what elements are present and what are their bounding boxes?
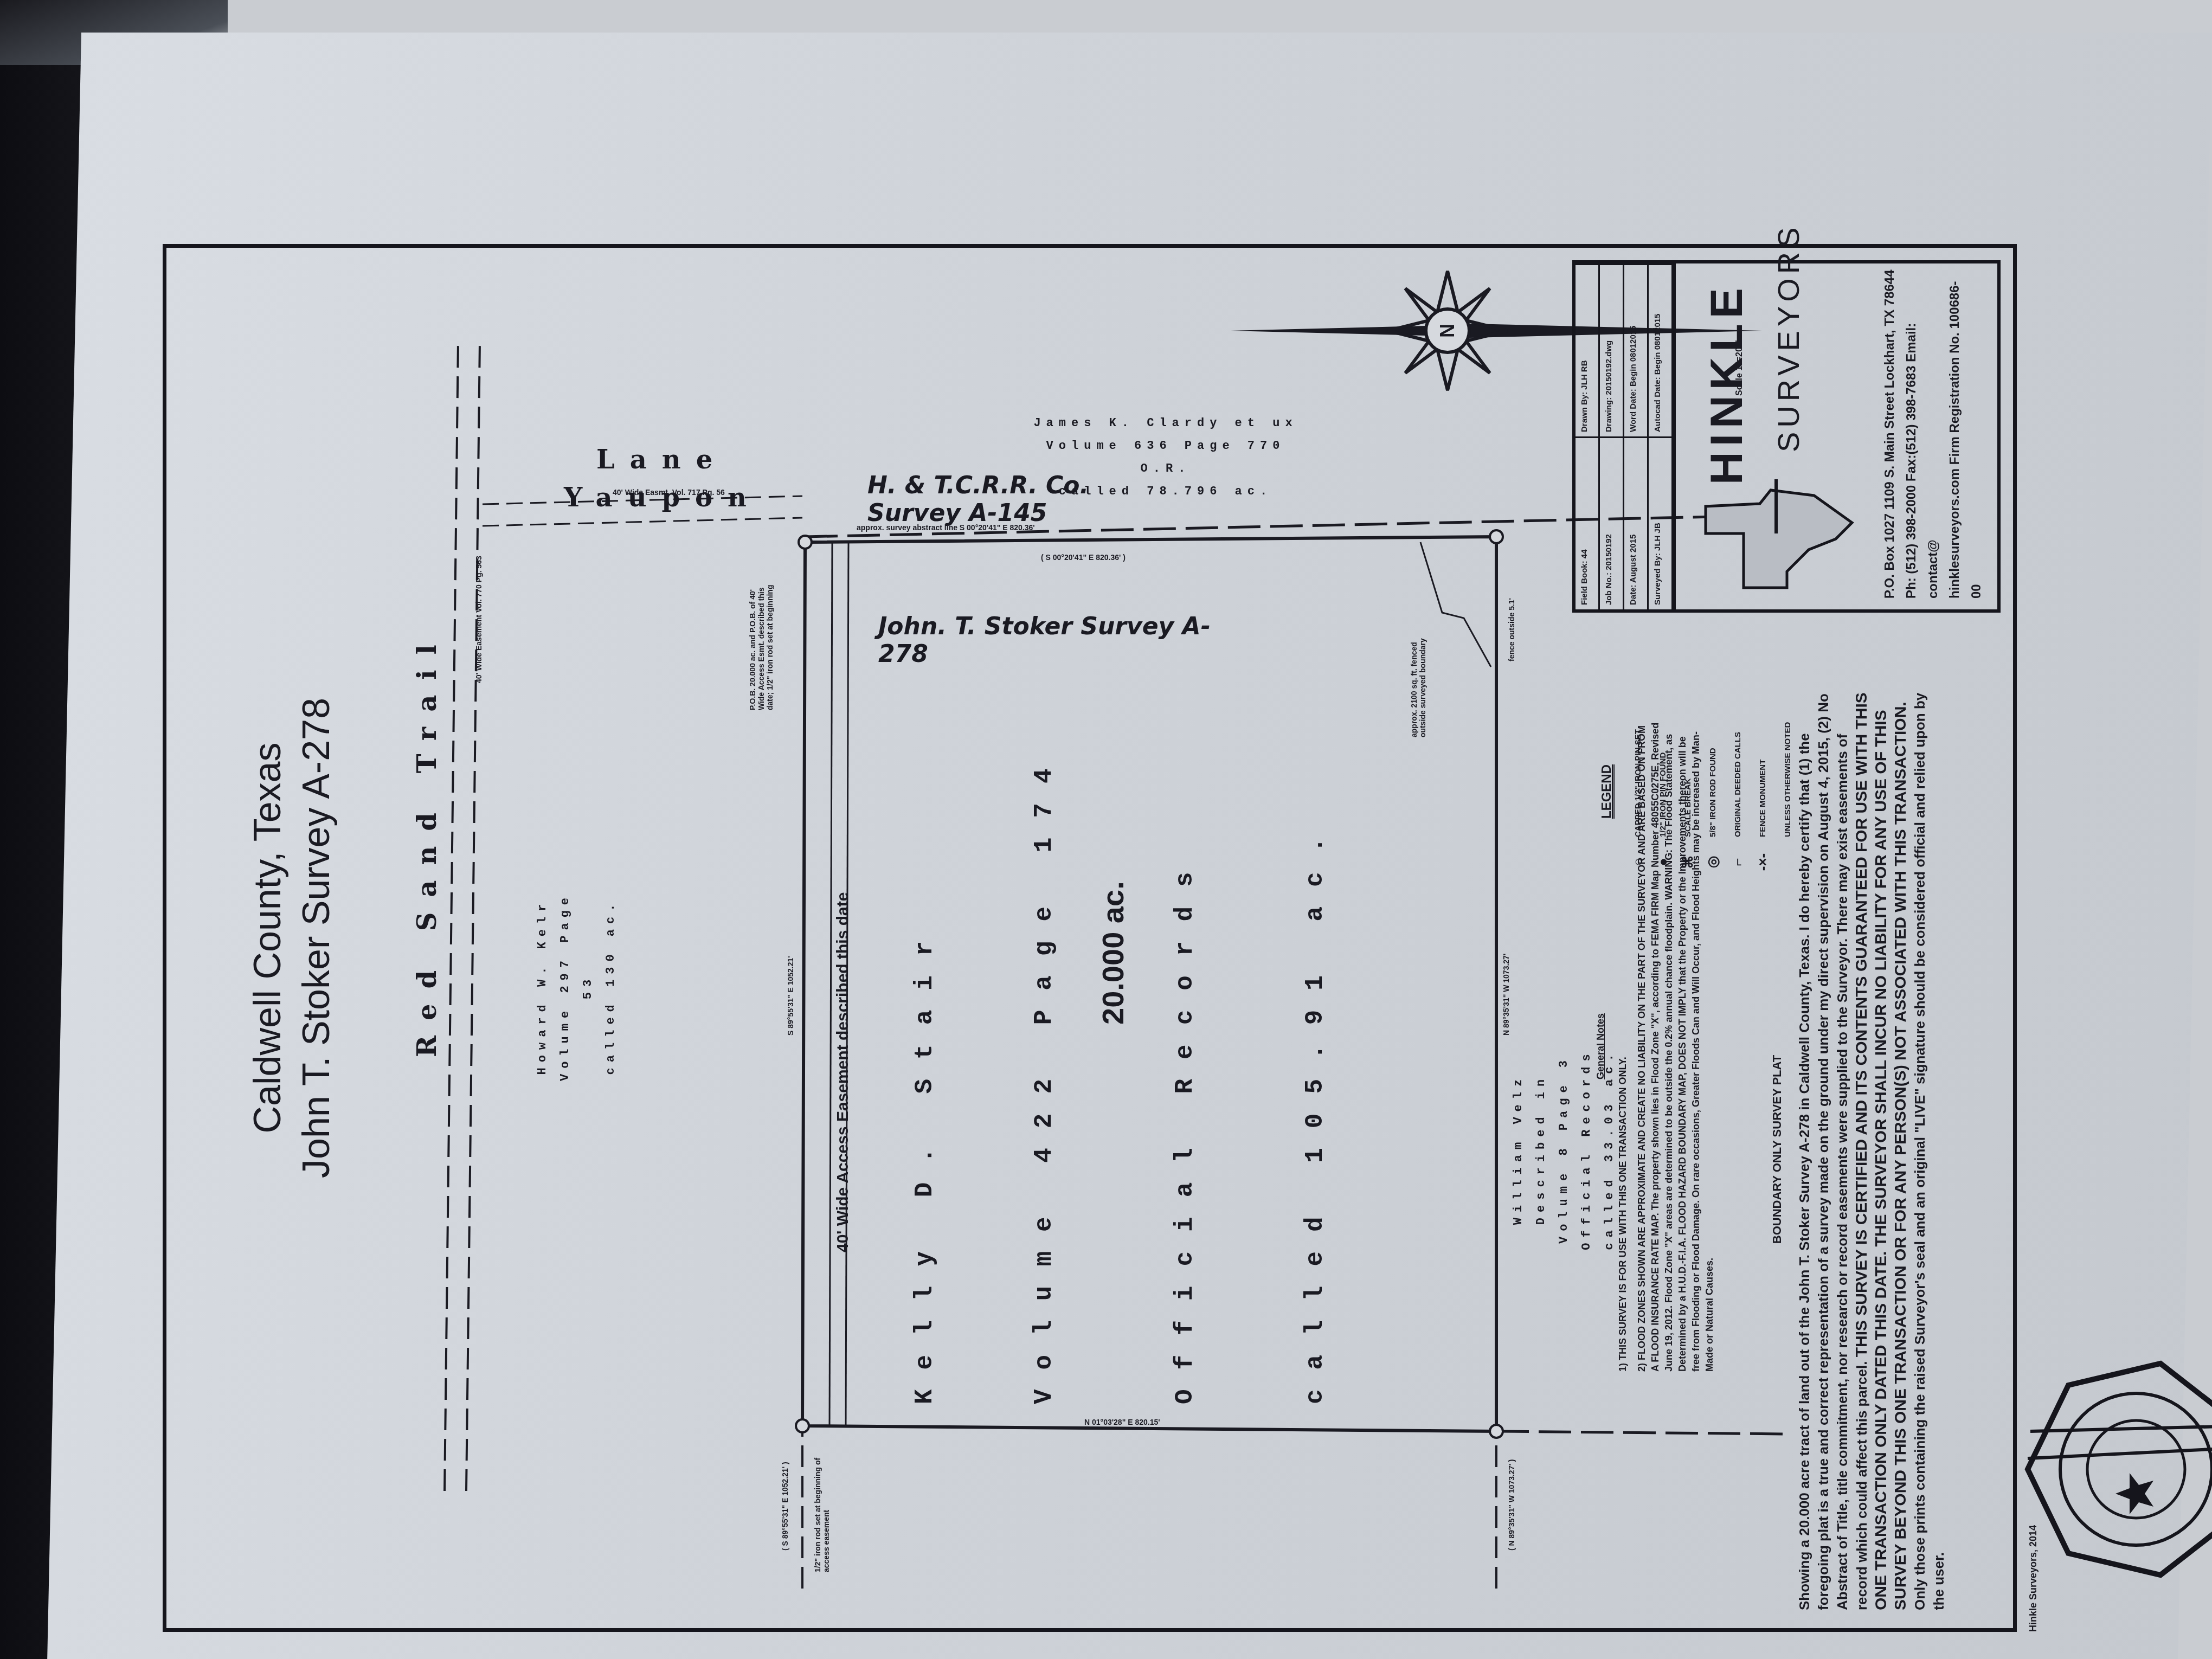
adjoiner-stair-records: Official Records [1171, 852, 1199, 1404]
survey-plat: Caldwell County, Texas John T. Stoker Su… [163, 244, 2017, 1632]
company-web: hinklesurveyors.com Firm Registration No… [1944, 269, 1988, 599]
legend-label: SCALE BREAK [1683, 779, 1693, 837]
title-block: Field Book: 44 Drawn By: JLH RB Job No.:… [1572, 260, 2001, 613]
adjoiner-kelr: Howard W. Kelr Volume 297 Page 53 called… [531, 884, 622, 1090]
access-easement-label: 40' Wide Access Easement described this … [834, 892, 852, 1252]
bearing-east-line: S 89°55'31" E 1052.21' [786, 956, 795, 1036]
road-label-red-sand-trail: Red Sand Trail [412, 629, 442, 1057]
owner-acres: called 130 ac. [600, 884, 622, 1090]
pin-found-icon: ● [1655, 851, 1671, 873]
bearing-north-record: ( S 00°20'41" E 820.36' ) [1041, 553, 1126, 562]
legend-label: ORIGINAL DEEDED CALLS [1733, 732, 1742, 837]
surveyor-seal-icon [2017, 1350, 2212, 1589]
road-label-lane: Lane [596, 445, 728, 475]
tb-cell: Surveyed By: JLH JB [1649, 436, 1673, 609]
certification-tail: Only those prints containing the raised … [1912, 693, 1947, 1610]
bearing-south-line: N 01°03'28" E 820.15' [1084, 1418, 1160, 1426]
legend-item: ○CAPPED 1/2" IRON PIN SET [1625, 569, 1650, 873]
red-sand-easement-note: 40' Wide Easement Vol. 770 Pg. 563 [474, 556, 483, 683]
pob-note: P.O.B. 20.000 ac. and P.O.B. of 40' Wide… [748, 569, 774, 710]
company-subtitle: SURVEYORS [1771, 223, 1806, 452]
adjoiner-stair-acres: called 105.91 ac. [1301, 818, 1329, 1404]
owner-name: Howard W. Kelr [531, 884, 554, 1090]
rod-found-icon: ◎ [1705, 851, 1721, 873]
owner-volume: Volume 297 Page 53 [554, 884, 600, 1090]
survey-label-north: H. & T.C.R.R. Co. Survey A-145 [867, 472, 1095, 527]
texas-map-icon [1695, 479, 1868, 599]
legend-item: ◎5/8" IRON ROD FOUND [1700, 569, 1725, 873]
tb-cell: Job No.: 20150192 [1600, 436, 1624, 609]
legend-item: ⌐ORIGINAL DEEDED CALLS [1725, 569, 1750, 873]
bearing-north-line: approx. survey abstract line S 00°20'41"… [857, 523, 1035, 532]
title-block-table: Field Book: 44 Drawn By: JLH RB Job No.:… [1576, 263, 1676, 609]
owner-described: Described in [1530, 1019, 1553, 1279]
parcel-acreage: 20.000 ac. [1095, 881, 1130, 1025]
certification: BOUNDARY ONLY SURVEY PLAT Showing a 20.0… [1767, 689, 1949, 1610]
company-phone: Ph: (512) 398-2000 Fax:(512) 398-7683 Em… [1901, 269, 1944, 599]
legend-label: 1/2" IRON PIN FOUND [1658, 753, 1668, 837]
tb-cell: Word Date: Begin 08012015 [1624, 263, 1649, 436]
capped-pin-icon: ○ [1630, 851, 1647, 873]
footer-copyright: Hinkle Surveyors, 2014 [2028, 1525, 2039, 1632]
bearing-record-right: ( N 89°35'31" W 1073.27' ) [1507, 1459, 1516, 1551]
bearing-record-left: ( S 89°55'31" E 1052.21' ) [781, 1462, 789, 1551]
survey-label-south: John. T. Stoker Survey A-278 [878, 613, 1247, 668]
tb-cell: Drawn By: JLH RB [1576, 263, 1600, 436]
company-name: HINKLE [1700, 282, 1753, 485]
road-label-yaupon: Yaupon [564, 483, 762, 513]
compass-letter: N [1436, 324, 1458, 338]
tb-cell: Date: August 2015 [1624, 436, 1649, 609]
legend-label: CAPPED 1/2" IRON PIN SET [1634, 729, 1643, 837]
legend-item: ●1/2" IRON PIN FOUND [1650, 569, 1675, 873]
bearing-west-line: N 89°35'31" W 1073.27' [1502, 954, 1510, 1036]
legend-label: 5/8" IRON ROD FOUND [1708, 748, 1718, 837]
certification-heading: BOUNDARY ONLY SURVEY PLAT [1767, 689, 1786, 1610]
company-contact: P.O. Box 1027 1109 S. Main Street Lockha… [1879, 269, 1988, 599]
yaupon-easement-note: 40' Wide Easmt. Vol. 717 Pg. 56 [613, 488, 725, 497]
tb-cell: Field Book: 44 [1576, 436, 1600, 609]
company-address: P.O. Box 1027 1109 S. Main Street Lockha… [1879, 269, 1901, 599]
owner-name: James K. Clardy et ux [1030, 412, 1301, 435]
owner-volume: Volume 8 Page 3 Official Records [1553, 1019, 1598, 1279]
approx-area-note: approx. 2100 sq. ft. fenced outside surv… [1410, 629, 1427, 737]
tb-cell: Drawing: 20150192.dwg [1600, 263, 1624, 436]
deeded-calls-icon: ⌐ [1729, 851, 1746, 873]
tb-cell: Autocad Date: Begin 08012015 [1649, 263, 1673, 436]
iron-rod-note: 1/2" iron rod set at beginning of access… [813, 1448, 831, 1572]
adjoiner-stair-name: Kelly D. Stair [911, 922, 939, 1404]
legend-item: ⌘SCALE BREAK [1675, 569, 1700, 873]
legend-label: FENCE MONUMENT [1758, 760, 1767, 837]
adjoiner-stair-volume: Volume 422 Page 174 [1030, 749, 1058, 1405]
owner-name: William Velz [1507, 1019, 1530, 1279]
scale-break-icon: ⌘ [1680, 851, 1696, 873]
fence-note: fence outside 5.1' [1507, 586, 1516, 661]
